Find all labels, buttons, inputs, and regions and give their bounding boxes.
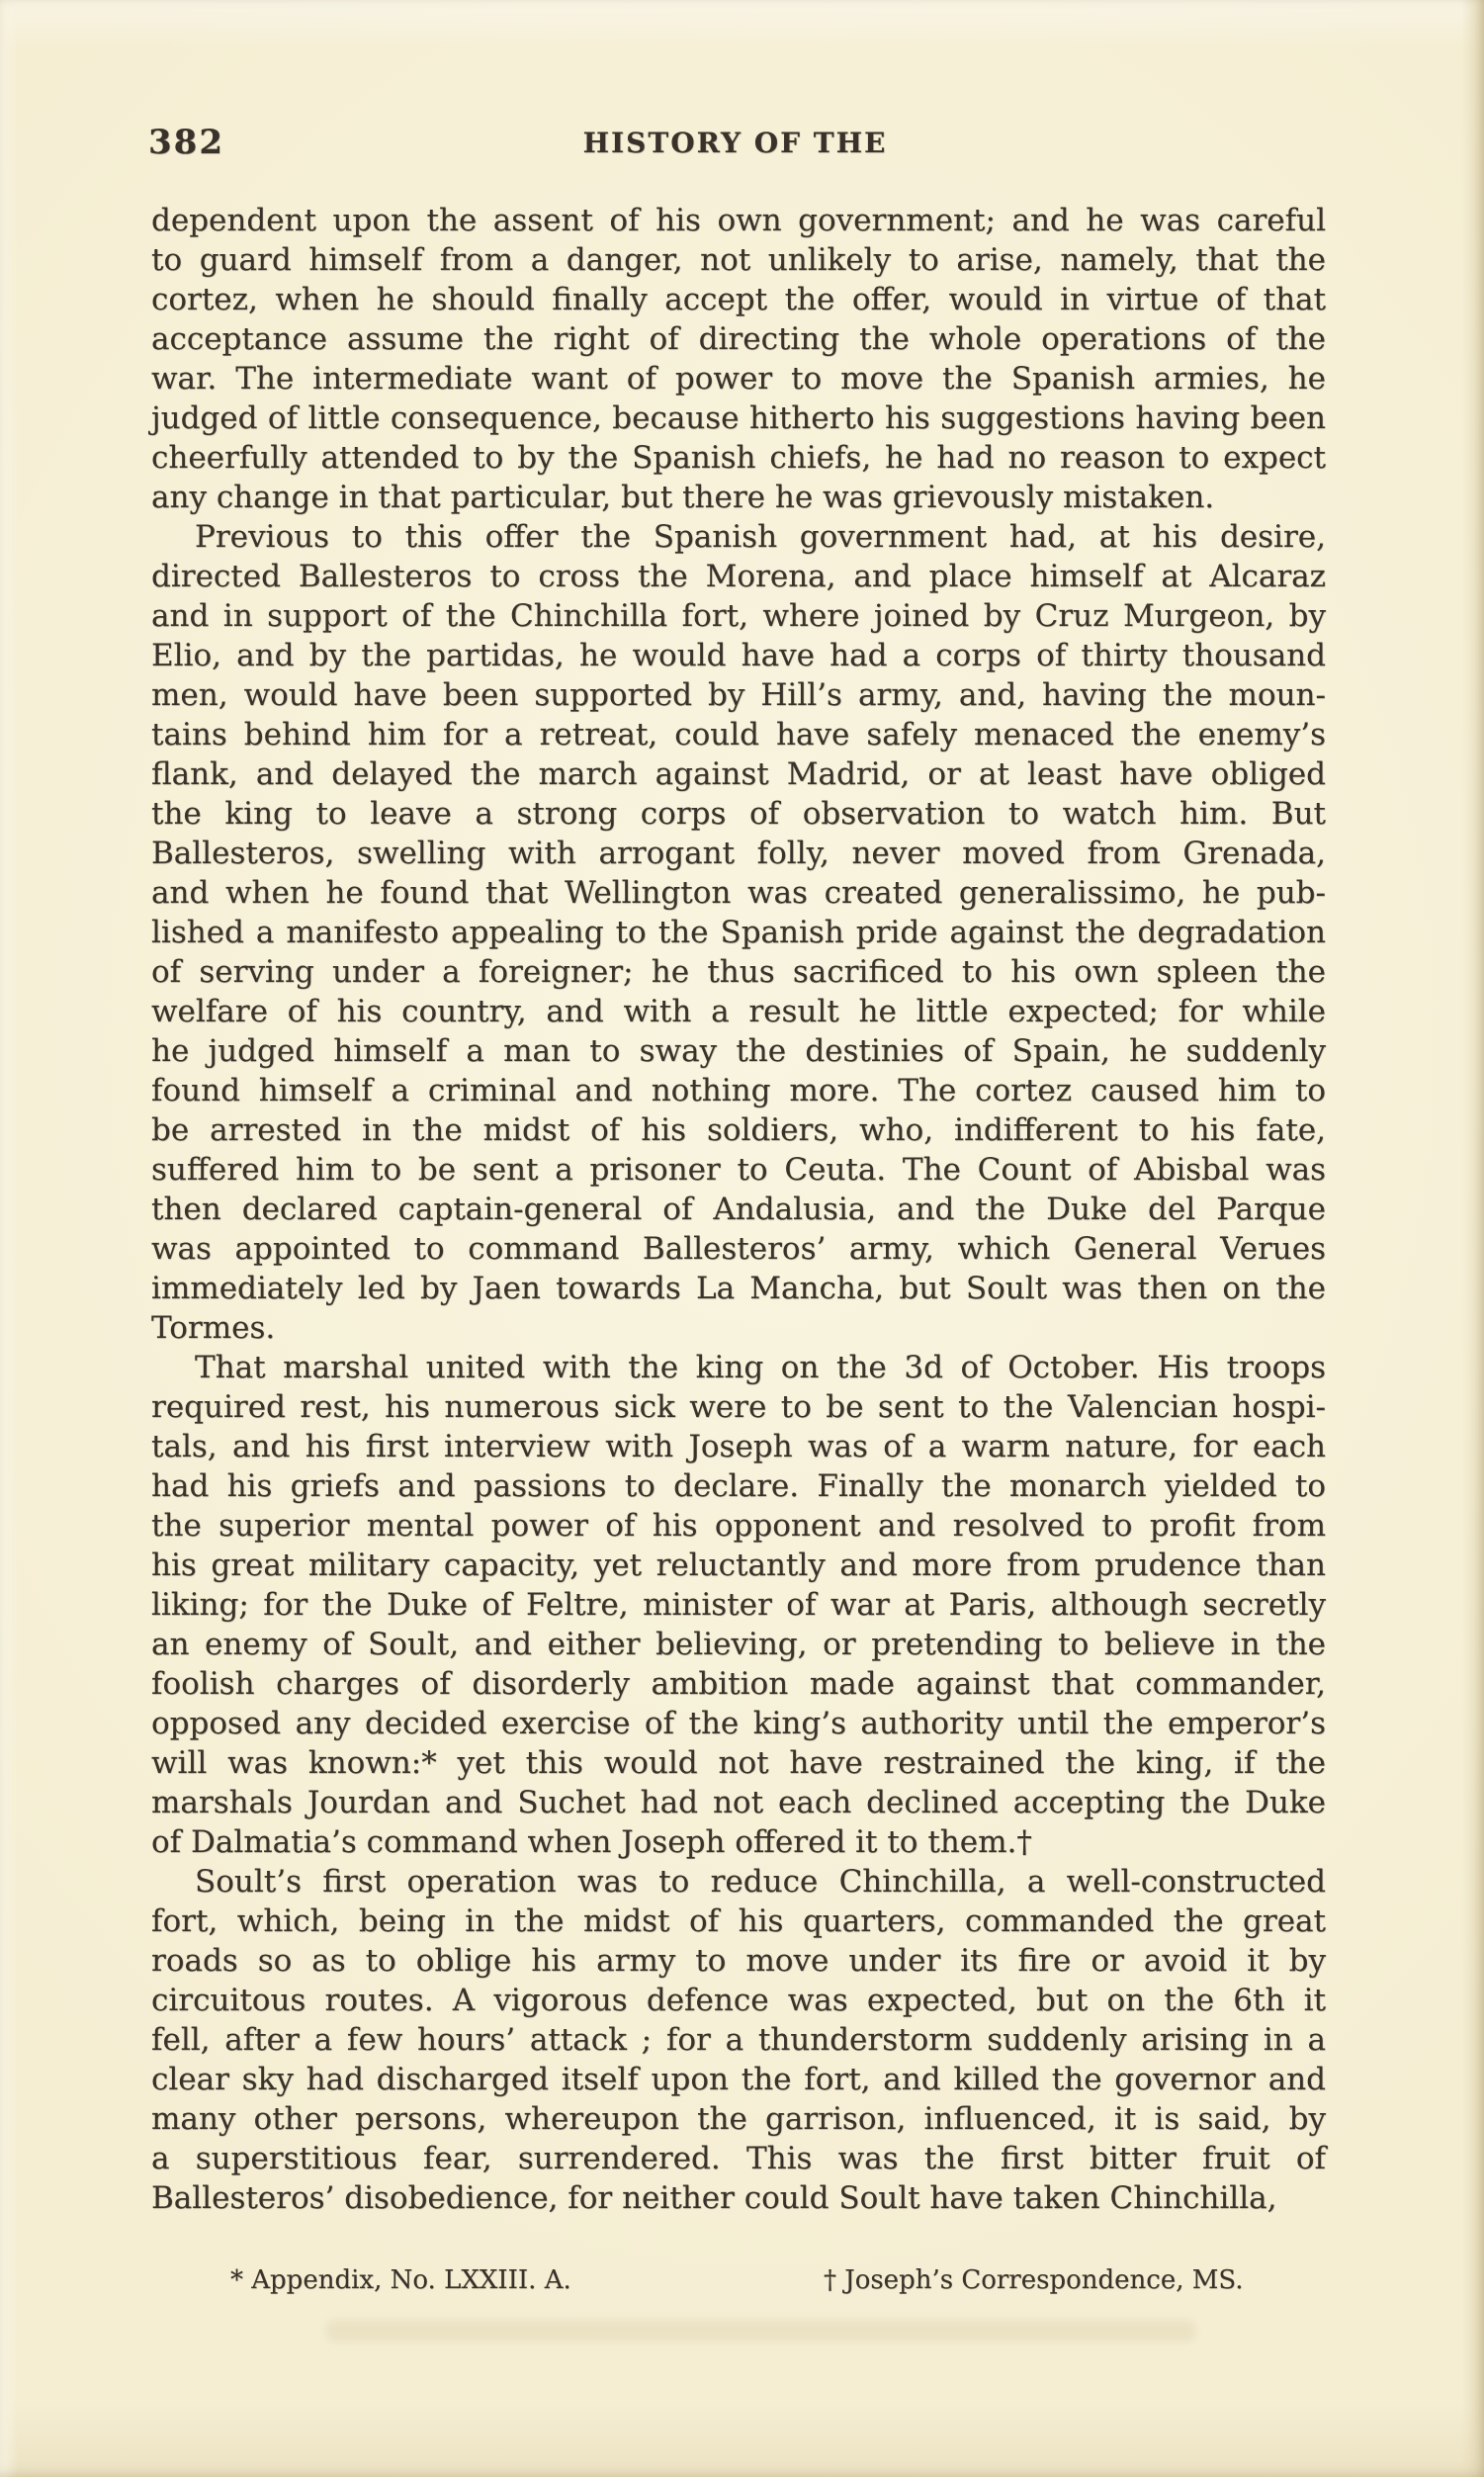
text-line: flank, and delayed the march against Mad…	[151, 754, 1326, 794]
text-line: tals, and his first interview with Josep…	[151, 1427, 1326, 1466]
footnote-josephs-correspondence: † Joseph’s Correspondence, MS.	[824, 2264, 1244, 2296]
text-line: was appointed to command Ballesteros’ ar…	[151, 1229, 1326, 1269]
text-line: will was known:* yet this would not have…	[151, 1743, 1326, 1783]
text-line: That marshal united with the king on the…	[151, 1348, 1326, 1387]
text-line: to guard himself from a danger, not unli…	[151, 240, 1326, 280]
text-line: dependent upon the assent of his own gov…	[151, 201, 1326, 240]
text-line: had his griefs and passions to declare. …	[151, 1466, 1326, 1506]
text-line: tains behind him for a retreat, could ha…	[151, 715, 1326, 754]
text-line: directed Ballesteros to cross the Morena…	[151, 557, 1326, 596]
text-line: any change in that particular, but there…	[151, 478, 1326, 517]
text-line: a superstitious fear, surrendered. This …	[151, 2139, 1326, 2178]
text-line: suffered him to be sent a prisoner to Ce…	[151, 1150, 1326, 1190]
text-line: the king to leave a strong corps of obse…	[151, 794, 1326, 834]
text-line: many other persons, whereupon the garris…	[151, 2099, 1326, 2139]
text-line: Ballesteros’ disobedience, for neither c…	[151, 2178, 1326, 2218]
text-line: judged of little consequence, because hi…	[151, 398, 1326, 438]
text-line: of serving under a foreigner; he thus sa…	[151, 952, 1326, 992]
footnote-appendix: * Appendix, No. LXXIII. A.	[230, 2264, 571, 2296]
text-line: Soult’s first operation was to reduce Ch…	[151, 1862, 1326, 1902]
text-line: Tormes.	[151, 1308, 1326, 1348]
paragraph: dependent upon the assent of his own gov…	[151, 201, 1326, 517]
text-line: the superior mental power of his opponen…	[151, 1506, 1326, 1546]
text-line: liking; for the Duke of Feltre, minister…	[151, 1585, 1326, 1625]
text-line: Ballesteros, swelling with arrogant foll…	[151, 834, 1326, 873]
text-line: fort, which, being in the midst of his q…	[151, 1902, 1326, 1941]
bleed-through-smudge	[326, 2320, 1196, 2342]
text-line: of Dalmatia’s command when Joseph offere…	[151, 1822, 1326, 1862]
text-line: war. The intermediate want of power to m…	[151, 359, 1326, 398]
text-line: then declared captain-general of Andalus…	[151, 1190, 1326, 1229]
text-line: Previous to this offer the Spanish gover…	[151, 517, 1326, 557]
text-line: immediately led by Jaen towards La Manch…	[151, 1269, 1326, 1308]
text-line: clear sky had discharged itself upon the…	[151, 2060, 1326, 2099]
text-line: opposed any decided exercise of the king…	[151, 1704, 1326, 1743]
text-line: and in support of the Chinchilla fort, w…	[151, 596, 1326, 636]
text-line: acceptance assume the right of directing…	[151, 319, 1326, 359]
text-line: welfare of his country, and with a resul…	[151, 992, 1326, 1031]
text-line: fell, after a few hours’ attack ; for a …	[151, 2020, 1326, 2060]
text-line: cheerfully attended to by the Spanish ch…	[151, 438, 1326, 478]
text-line: roads so as to oblige his army to move u…	[151, 1941, 1326, 1981]
page-body: dependent upon the assent of his own gov…	[151, 201, 1326, 2218]
text-line: circuitous routes. A vigorous defence wa…	[151, 1981, 1326, 2020]
running-header: HISTORY OF THE	[0, 126, 1470, 161]
paragraph: Previous to this offer the Spanish gover…	[151, 517, 1326, 1348]
text-line: cortez, when he should finally accept th…	[151, 280, 1326, 319]
text-line: Elio, and by the partidas, he would have…	[151, 636, 1326, 675]
text-line: required rest, his numerous sick were to…	[151, 1387, 1326, 1427]
text-line: lished a manifesto appealing to the Span…	[151, 913, 1326, 952]
text-line: and when he found that Wellington was cr…	[151, 873, 1326, 913]
text-line: marshals Jourdan and Suchet had not each…	[151, 1783, 1326, 1822]
text-line: foolish charges of disorderly ambition m…	[151, 1664, 1326, 1704]
text-line: he judged himself a man to sway the dest…	[151, 1031, 1326, 1071]
scanned-book-page: 382 HISTORY OF THE dependent upon the as…	[0, 0, 1484, 2477]
text-line: an enemy of Soult, and either believing,…	[151, 1625, 1326, 1664]
text-line: be arrested in the midst of his soldiers…	[151, 1110, 1326, 1150]
text-line: men, would have been supported by Hill’s…	[151, 675, 1326, 715]
text-line: found himself a criminal and nothing mor…	[151, 1071, 1326, 1110]
paragraph: Soult’s first operation was to reduce Ch…	[151, 1862, 1326, 2218]
paragraph: That marshal united with the king on the…	[151, 1348, 1326, 1862]
text-line: his great military capacity, yet relucta…	[151, 1546, 1326, 1585]
